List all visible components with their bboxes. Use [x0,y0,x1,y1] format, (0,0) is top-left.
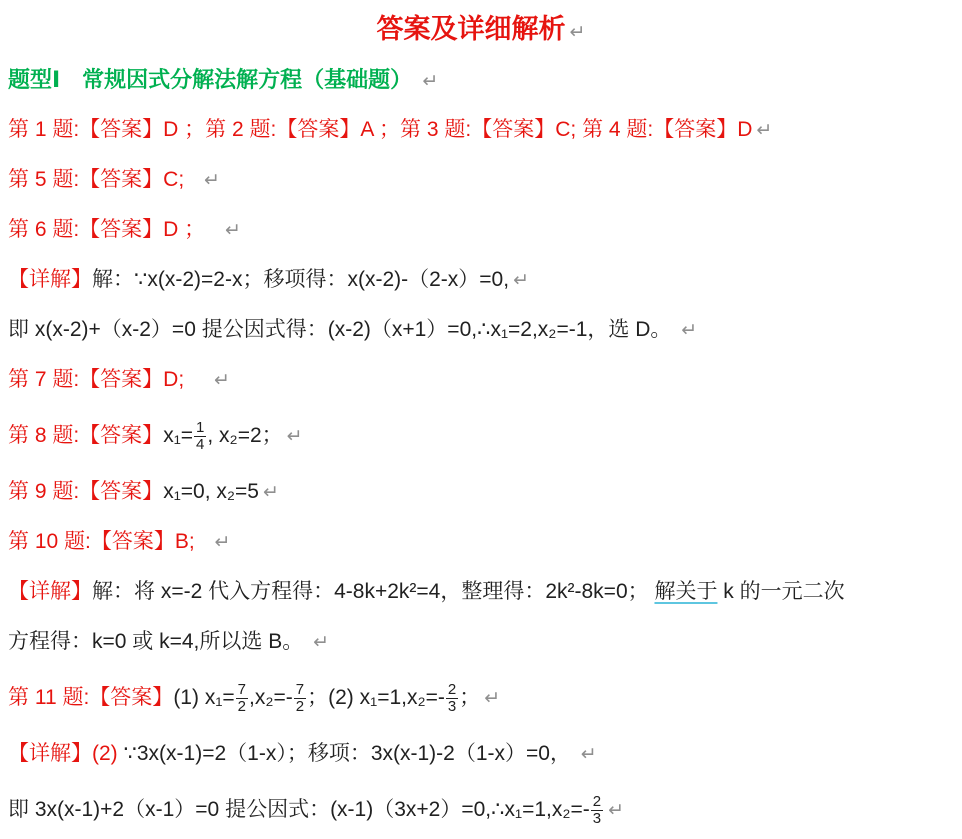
answer-label: 第 11 题:【答案】 [8,686,173,709]
detail-label: 【详解】 [8,580,92,603]
fraction-denominator: 4 [194,437,206,453]
paragraph-mark-icon: ↵ [581,743,597,765]
answers-1-4-line: 第 1 题:【答案】D ；第 2 题:【答案】A ；第 3 题:【答案】C; 第… [8,105,954,155]
math-text: ； [459,686,480,709]
detail-q6-line-1: 【详解】解：∵x(x-2)=2-x；移项得：x(x-2)-（2-x）=0,↵ [8,255,954,305]
answer-9-line: 第 9 题:【答案】x₁=0, x₂=5↵ [8,467,954,517]
paragraph-mark-icon: ↵ [681,319,697,341]
detail-q10-line-2: 方程得：k=0 或 k=4,所以选 B。 ↵ [8,617,954,667]
fraction: 23 [591,794,603,827]
detail-text: ∵3x(x-1)=2（1-x）；移项：3x(x-1)-2（1-x）=0， [124,742,571,765]
answer-8-line: 第 8 题:【答案】x₁=14, x₂=2；↵ [8,405,954,467]
paragraph-mark-icon: ↵ [484,687,500,709]
answer-7-line: 第 7 题:【答案】D; ↵ [8,355,954,405]
fraction-denominator: 2 [294,699,306,715]
fraction: 72 [236,682,248,715]
paragraph-mark-icon: ↵ [422,70,438,92]
fraction: 72 [294,682,306,715]
detail-text: k 的一元二次 [717,580,844,603]
math-text: (2) x₁=1,x₂=- [328,686,445,709]
answer-label: 第 8 题:【答案】 [8,424,163,447]
detail-label: 【详解】 [8,268,92,291]
section-heading-text: 题型Ⅰ 常规因式分解法解方程（基础题） [8,67,412,92]
detail-q11-line-2: 即 3x(x-1)+2（x-1）=0 提公因式：(x-1)（3x+2）=0,∴x… [8,779,954,839]
fraction-denominator: 3 [446,699,458,715]
grammar-underlined-text: 解关于 [654,580,717,603]
answer-10-line: 第 10 题:【答案】B; ↵ [8,517,954,567]
page-title-text: 答案及详细解析 [377,14,566,44]
paragraph-mark-icon: ↵ [570,21,586,43]
math-text: , x₂=2； [207,424,282,447]
math-text: x₁= [163,424,193,447]
paragraph-mark-icon: ↵ [513,269,529,291]
detail-label: 【详解】(2) [8,742,124,765]
fraction-numerator: 7 [236,682,248,699]
answer-text: 第 6 题:【答案】D ； [8,218,205,241]
paragraph-mark-icon: ↵ [215,531,231,553]
answer-11-line: 第 11 题:【答案】(1) x₁=72,x₂=-72；(2) x₁=1,x₂=… [8,667,954,729]
detail-text: 即 x(x-2)+（x-2）=0 提公因式得：(x-2)（x+1）=0,∴x₁=… [8,318,671,341]
paragraph-mark-icon: ↵ [313,631,329,653]
paragraph-mark-icon: ↵ [214,369,230,391]
answer-6-line: 第 6 题:【答案】D ； ↵ [8,205,954,255]
fraction-numerator: 1 [194,420,206,437]
answer-5-line: 第 5 题:【答案】C; ↵ [8,155,954,205]
math-text: ,x₂=- [249,686,293,709]
page-title: 答案及详细解析↵ [8,4,954,54]
answer-text: 第 10 题:【答案】B; [8,530,195,553]
math-text: ； [307,686,328,709]
detail-text: 方程得：k=0 或 k=4,所以选 B。 [8,630,303,653]
detail-q11-line-1: 【详解】(2) ∵3x(x-1)=2（1-x）；移项：3x(x-1)-2（1-x… [8,729,954,779]
fraction-denominator: 3 [591,811,603,827]
detail-text: 解：∵x(x-2)=2-x；移项得：x(x-2)-（2-x）=0, [92,268,509,291]
fraction-numerator: 2 [591,794,603,811]
paragraph-mark-icon: ↵ [204,169,220,191]
document-page: 答案及详细解析↵ 题型Ⅰ 常规因式分解法解方程（基础题） ↵ 第 1 题:【答案… [0,0,962,839]
paragraph-mark-icon: ↵ [287,425,303,447]
fraction-numerator: 2 [446,682,458,699]
detail-text: 解：将 x=-2 代入方程得：4-8k+2k²=4，整理得：2k²-8k=0； [92,580,654,603]
fraction-numerator: 7 [294,682,306,699]
paragraph-mark-icon: ↵ [608,799,624,821]
detail-q6-line-2: 即 x(x-2)+（x-2）=0 提公因式得：(x-2)（x+1）=0,∴x₁=… [8,305,954,355]
paragraph-mark-icon: ↵ [756,119,772,141]
fraction: 14 [194,420,206,453]
fraction-denominator: 2 [236,699,248,715]
answer-label: 第 9 题:【答案】 [8,480,163,503]
detail-q10-line-1: 【详解】解：将 x=-2 代入方程得：4-8k+2k²=4，整理得：2k²-8k… [8,567,954,617]
answer-text: 第 1 题:【答案】D ；第 2 题:【答案】A ；第 3 题:【答案】C; 第… [8,118,752,141]
paragraph-mark-icon: ↵ [225,219,241,241]
paragraph-mark-icon: ↵ [263,481,279,503]
math-text: x₁=0, x₂=5 [163,480,259,503]
detail-text: 即 3x(x-1)+2（x-1）=0 提公因式：(x-1)（3x+2）=0,∴x… [8,798,590,821]
math-text: (1) x₁= [173,686,234,709]
answer-text: 第 5 题:【答案】C; [8,168,184,191]
fraction: 23 [446,682,458,715]
answer-text: 第 7 题:【答案】D; [8,368,184,391]
section-heading: 题型Ⅰ 常规因式分解法解方程（基础题） ↵ [8,54,954,105]
